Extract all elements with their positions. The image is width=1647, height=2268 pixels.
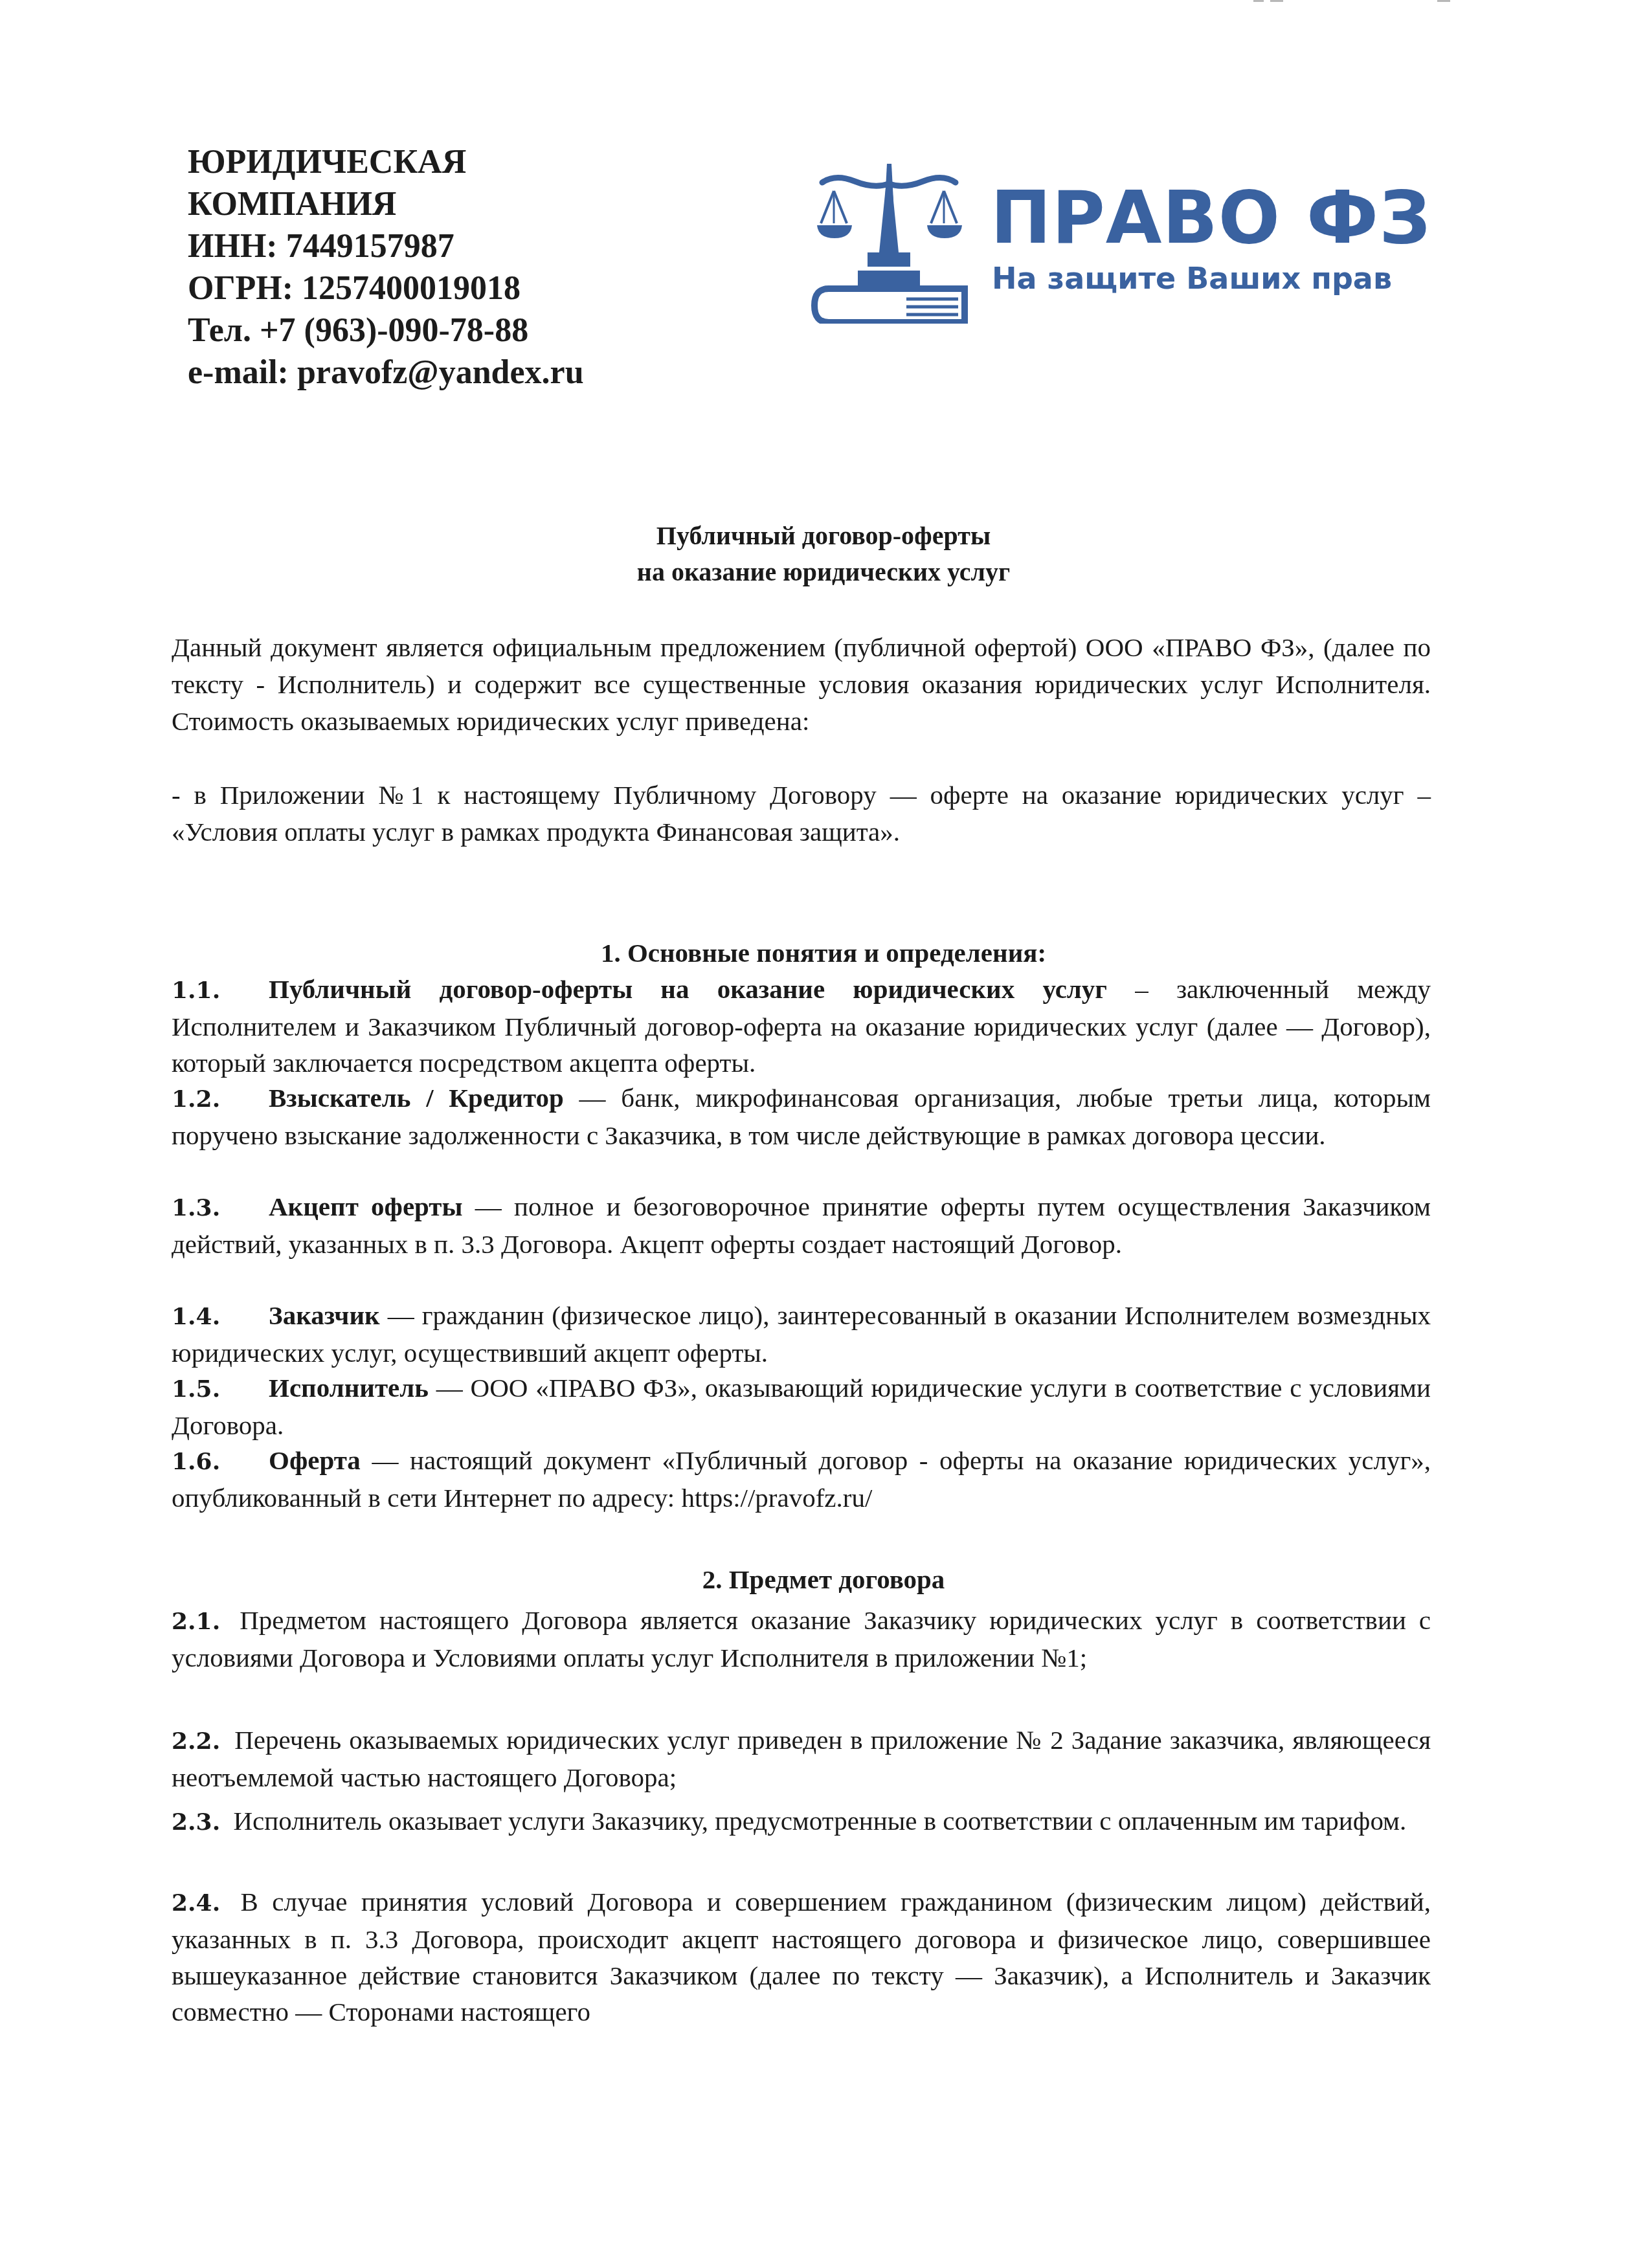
clause-1-5: 1.5.Исполнитель — ООО «ПРАВО ФЗ», оказыв… [172,1370,1431,1443]
clause-term: Взыскатель / Кредитор [269,1083,564,1113]
company-ogrn: ОГРН: 1257400019018 [188,267,584,309]
document-title-line2: на оказание юридических услуг [0,555,1647,589]
clause-number: 2.3. [172,1804,220,1840]
clause-text: В случае принятия условий Договора и сов… [172,1887,1431,2027]
clause-number: 2.2. [172,1723,220,1759]
company-email: e-mail: pravofz@yandex.ru [188,351,584,394]
clause-term: Заказчик [269,1300,380,1330]
clause-number: 2.4. [172,1885,220,1921]
clause-number: 1.2. [172,1081,269,1117]
clause-text: — настоящий документ «Публичный договор … [172,1445,1431,1513]
clause-2-3: 2.3. Исполнитель оказывает услуги Заказч… [172,1803,1431,1840]
company-type-line1: ЮРИДИЧЕСКАЯ [188,141,584,183]
company-inn: ИНН: 7449157987 [188,225,584,267]
section-heading-1: 1. Основные понятия и определения: [0,935,1647,971]
clause-text: Перечень оказываемых юридических услуг п… [172,1725,1431,1792]
clause-number: 1.1. [172,972,269,1008]
clause-2-1: 2.1. Предметом настоящего Договора являе… [172,1602,1431,1676]
clause-number: 1.6. [172,1443,269,1480]
clause-2-2: 2.2. Перечень оказываемых юридических ус… [172,1722,1431,1795]
scales-of-justice-on-book-icon [809,162,971,324]
clause-term: Публичный договор-оферты на оказание юри… [269,974,1107,1004]
clause-1-4: 1.4.Заказчик — гражданин (физическое лиц… [172,1297,1431,1371]
brand-name: ПРАВО ФЗ [991,176,1431,260]
intro-bullet: - в Приложении №1 к настоящему Публичном… [172,777,1431,850]
clause-1-3: 1.3.Акцепт оферты — полное и безоговороч… [172,1188,1431,1262]
clause-number: 1.4. [172,1298,269,1335]
company-requisites: ЮРИДИЧЕСКАЯ КОМПАНИЯ ИНН: 7449157987 ОГР… [188,141,584,394]
company-phone: Тел. +7 (963)-090-78-88 [188,309,584,351]
clause-number: 1.5. [172,1371,269,1407]
clause-1-6: 1.6.Оферта — настоящий документ «Публичн… [172,1442,1431,1516]
section-heading-2: 2. Предмет договора [0,1562,1647,1597]
clause-term: Оферта [269,1445,361,1475]
company-type-line2: КОМПАНИЯ [188,183,584,225]
clause-text: Исполнитель оказывает услуги Заказчику, … [227,1806,1406,1836]
document-title-line1: Публичный договор-оферты [0,519,1647,553]
clause-2-4: 2.4. В случае принятия условий Договора … [172,1884,1431,2030]
intro-paragraph: Данный документ является официальным пре… [172,629,1431,740]
brand-tagline: На защите Ваших прав [992,259,1392,298]
document-page: ЮРИДИЧЕСКАЯ КОМПАНИЯ ИНН: 7449157987 ОГР… [0,0,1647,2268]
company-logo: ПРАВО ФЗ На защите Ваших прав [809,162,1392,324]
clause-text: Предметом настоящего Договора является о… [172,1605,1431,1673]
clause-1-2: 1.2.Взыскатель / Кредитор — банк, микроф… [172,1080,1431,1153]
clause-number: 1.3. [172,1190,269,1226]
clause-number: 2.1. [172,1603,220,1640]
clause-term: Акцепт оферты [269,1192,463,1221]
clause-term: Исполнитель [269,1373,429,1403]
clause-1-1: 1.1.Публичный договор-оферты на оказание… [172,971,1431,1081]
scan-artifact-marks [1217,0,1606,5]
